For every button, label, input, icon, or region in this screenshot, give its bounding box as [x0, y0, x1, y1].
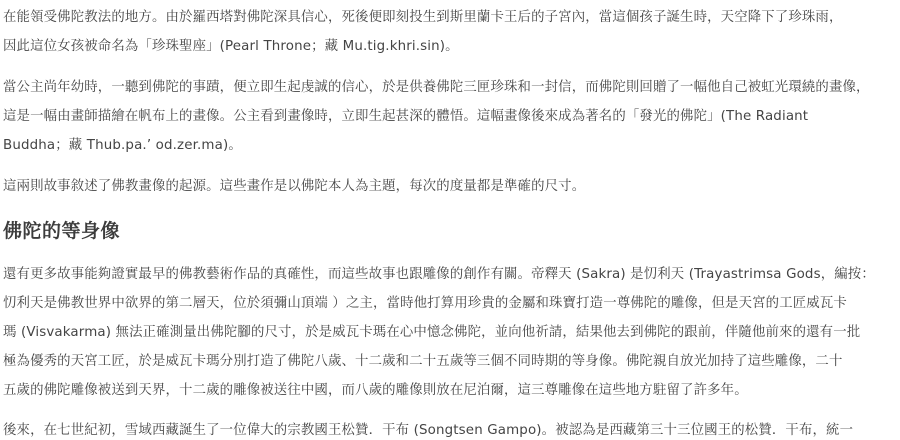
- text-line: 瑪 (Visvakarma) 無法正確測量出佛陀腳的尺寸，於是威瓦卡瑪在心中憶念…: [3, 318, 885, 347]
- text-line: 還有更多故事能夠證實最早的佛教藝術作品的真確性，而這些故事也跟雕像的創作有關。帝…: [3, 260, 885, 289]
- text-line: Buddha；藏 Thub.pa.’ od.zer.ma)。: [3, 131, 885, 160]
- paragraph-pearl-throne: 在能領受佛陀教法的地方。由於羅西塔對佛陀深具信心，死後便即刻投生到斯里蘭卡王后的…: [3, 3, 885, 61]
- text-line: 忉利天是佛教世界中欲界的第二層天，位於須彌山頂端 ）之主，當時他打算用珍貴的金屬…: [3, 289, 885, 318]
- text-line: 這兩則故事敘述了佛教畫像的起源。這些畫作是以佛陀本人為主題，每次的度量都是準確的…: [3, 172, 885, 201]
- text-line: 這是一幅由畫師描繪在帆布上的畫像。公主看到畫像時，立即生起甚深的體悟。這幅畫像後…: [3, 102, 885, 131]
- text-line: 因此這位女孩被命名為「珍珠聖座」(Pearl Throne；藏 Mu.tig.k…: [3, 32, 885, 61]
- text-line: 五歲的佛陀雕像被送到天界，十二歲的雕像被送往中國，而八歲的雕像則放在尼泊爾，這三…: [3, 376, 885, 405]
- paragraph-life-size-statues: 還有更多故事能夠證實最早的佛教藝術作品的真確性，而這些故事也跟雕像的創作有關。帝…: [3, 260, 885, 405]
- text-line: 在能領受佛陀教法的地方。由於羅西塔對佛陀深具信心，死後便即刻投生到斯里蘭卡王后的…: [3, 3, 885, 32]
- paragraph-radiant-buddha: 當公主尚年幼時，一聽到佛陀的事蹟，便立即生起虔誠的信心，於是供養佛陀三匣珍珠和一…: [3, 73, 885, 160]
- text-line: 極為優秀的天宮工匠，於是威瓦卡瑪分別打造了佛陀八歲、十二歲和二十五歲等三個不同時…: [3, 347, 885, 376]
- text-line: 後來，在七世紀初，雪域西藏誕生了一位偉大的宗教國王松贊．干布 (Songtsen…: [3, 416, 885, 440]
- paragraph-songtsen-gampo: 後來，在七世紀初，雪域西藏誕生了一位偉大的宗教國王松贊．干布 (Songtsen…: [3, 416, 885, 440]
- section-heading: 佛陀的等身像: [3, 214, 120, 248]
- paragraph-origin-summary: 這兩則故事敘述了佛教畫像的起源。這些畫作是以佛陀本人為主題，每次的度量都是準確的…: [3, 172, 885, 201]
- text-line: 當公主尚年幼時，一聽到佛陀的事蹟，便立即生起虔誠的信心，於是供養佛陀三匣珍珠和一…: [3, 73, 885, 102]
